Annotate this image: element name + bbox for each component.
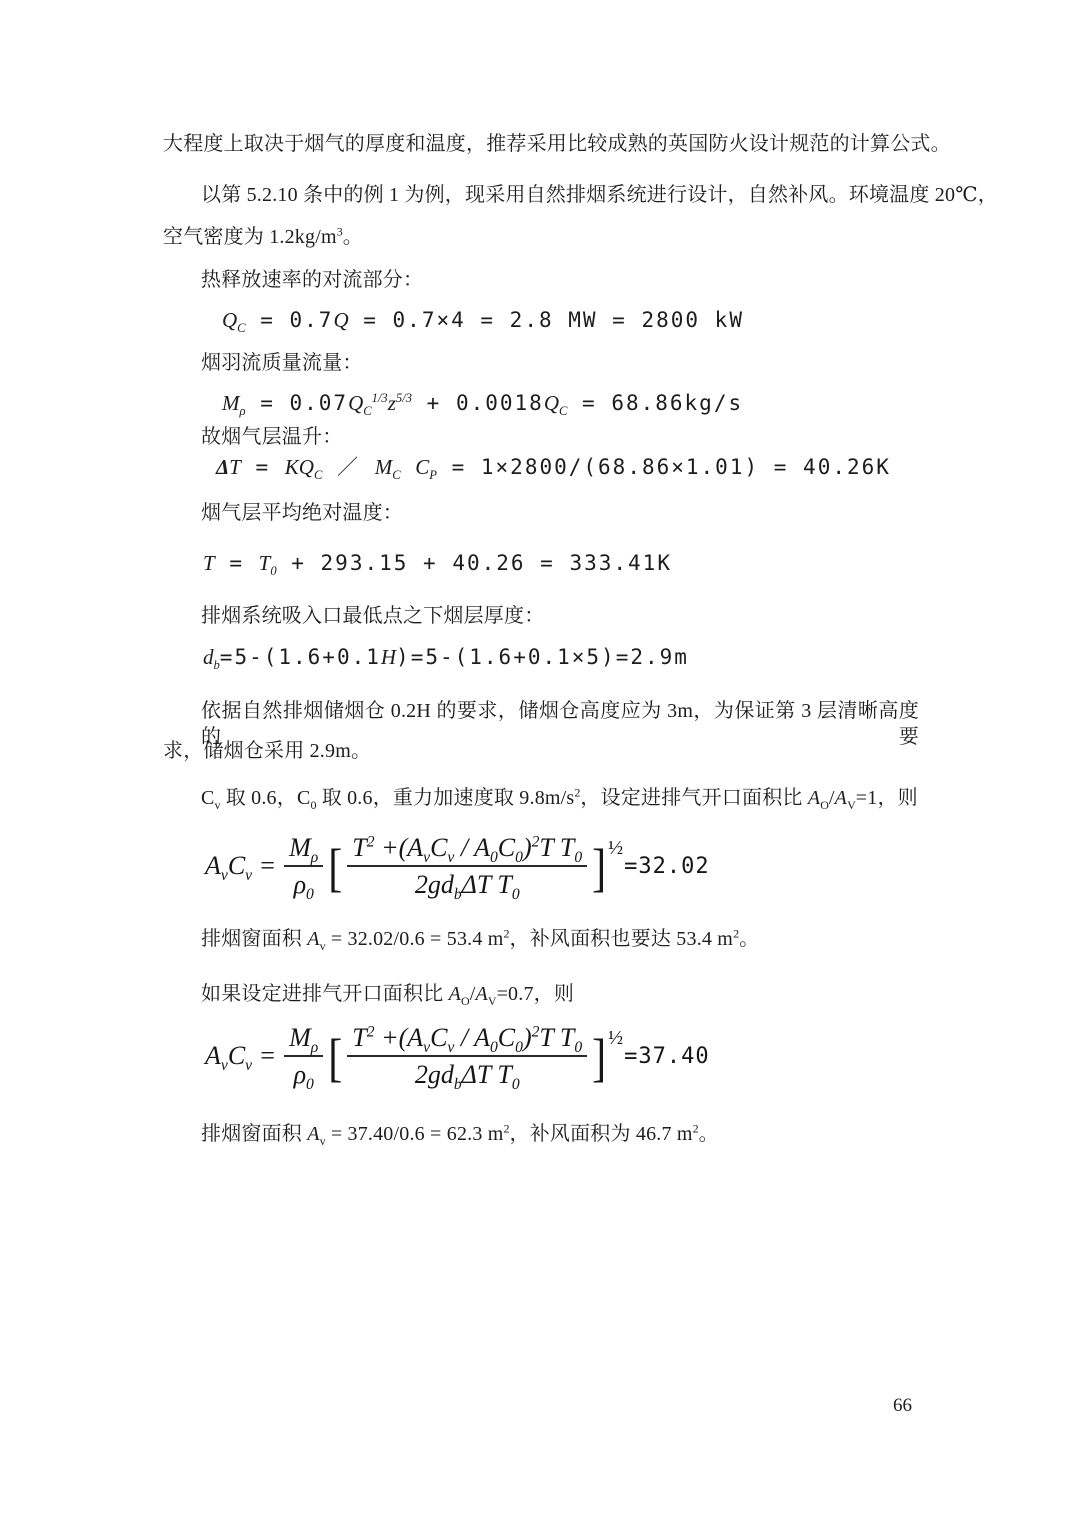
formula1-outer-denominator: ρ0 (294, 867, 314, 900)
document-page: 大程度上取决于烟气的厚度和温度，推荐采用比较成熟的英国防火设计规范的计算公式。 … (0, 0, 1080, 1527)
formula1-inner-denominator: 2gdbΔT T0 (415, 867, 520, 900)
formula-db: db=5-(1.6+0.1H)=5-(1.6+0.1×5)=2.9m (203, 645, 689, 670)
para-intro: 大程度上取决于烟气的厚度和温度，推荐采用比较成熟的英国防火设计规范的计算公式。 (163, 131, 951, 157)
formula2-close-bracket: ] (592, 1029, 606, 1089)
formula1-result: =32.02 (624, 854, 709, 879)
formula2-outer-numerator: Mρ (284, 1022, 323, 1057)
formula2-inner-fraction: T2 +(AvCv / A0C0)2T T0 2gdbΔT T0 (347, 1022, 587, 1090)
formula-qc: QC = 0.7Q = 0.7×4 = 2.8 MW = 2800 kW (222, 308, 744, 333)
para-example-line1: 以第 5.2.10 条中的例 1 为例，现采用自然排烟系统进行设计，自然补风。环… (201, 182, 998, 208)
heading-layer-depth: 排烟系统吸入口最低点之下烟层厚度： (201, 603, 544, 629)
para-if-ratio: 如果设定进排气开口面积比 AO/AV=0.7，则 (201, 981, 574, 1007)
formula1-open-bracket: [ (328, 839, 342, 899)
formula2-result: =37.40 (624, 1044, 709, 1069)
formula-t: T = T0 + 293.15 + 40.26 = 333.41K (203, 551, 672, 576)
page-number: 66 (893, 1395, 912, 1417)
para-example-line2: 空气密度为 1.2kg/m3。 (163, 224, 363, 250)
formula1-inner-numerator: T2 +(AvCv / A0C0)2T T0 (347, 832, 587, 867)
formula2-outer-fraction: Mρ ρ0 (284, 1022, 323, 1090)
formula2-lhs: AvCv = (205, 1041, 276, 1071)
heading-temp-rise: 故烟气层温升： (201, 424, 342, 450)
formula-dt: ΔT = KQC ／ MC CP = 1×2800/(68.86×1.01) =… (216, 455, 891, 480)
display-formula-2: AvCv = Mρ ρ0 [ T2 +(AvCv / A0C0)2T T0 2g… (205, 1022, 710, 1090)
formula2-exponent: ½ (608, 1027, 623, 1050)
heading-convective: 热释放速率的对流部分： (201, 267, 423, 293)
formula2-outer-denominator: ρ0 (294, 1057, 314, 1090)
formula1-inner-fraction: T2 +(AvCv / A0C0)2T T0 2gdbΔT T0 (347, 832, 587, 900)
formula2-inner-denominator: 2gdbΔT T0 (415, 1057, 520, 1090)
formula1-outer-fraction: Mρ ρ0 (284, 832, 323, 900)
heading-avg-temp: 烟气层平均绝对温度： (201, 500, 403, 526)
para-cv: Cv 取 0.6，C0 取 0.6，重力加速度取 9.8m/s2，设定进排气开口… (201, 785, 918, 811)
para-reservoir-line2: 求，储烟仓采用 2.9m。 (163, 738, 371, 764)
formula1-close-bracket: ] (592, 839, 606, 899)
formula1-exponent: ½ (608, 837, 623, 860)
para-area2: 排烟窗面积 Av = 37.40/0.6 = 62.3 m2，补风面积为 46.… (201, 1121, 719, 1147)
formula1-lhs: AvCv = (205, 851, 276, 881)
para-area1: 排烟窗面积 Av = 32.02/0.6 = 53.4 m2，补风面积也要达 5… (201, 926, 759, 952)
formula2-open-bracket: [ (328, 1029, 342, 1089)
formula1-outer-numerator: Mρ (284, 832, 323, 867)
formula-mp: Mρ = 0.07QC1/3z5/3 + 0.0018QC = 68.86kg/… (222, 391, 743, 416)
display-formula-1: AvCv = Mρ ρ0 [ T2 +(AvCv / A0C0)2T T0 2g… (205, 832, 710, 900)
heading-plume: 烟羽流质量流量： (201, 350, 363, 376)
formula2-inner-numerator: T2 +(AvCv / A0C0)2T T0 (347, 1022, 587, 1057)
